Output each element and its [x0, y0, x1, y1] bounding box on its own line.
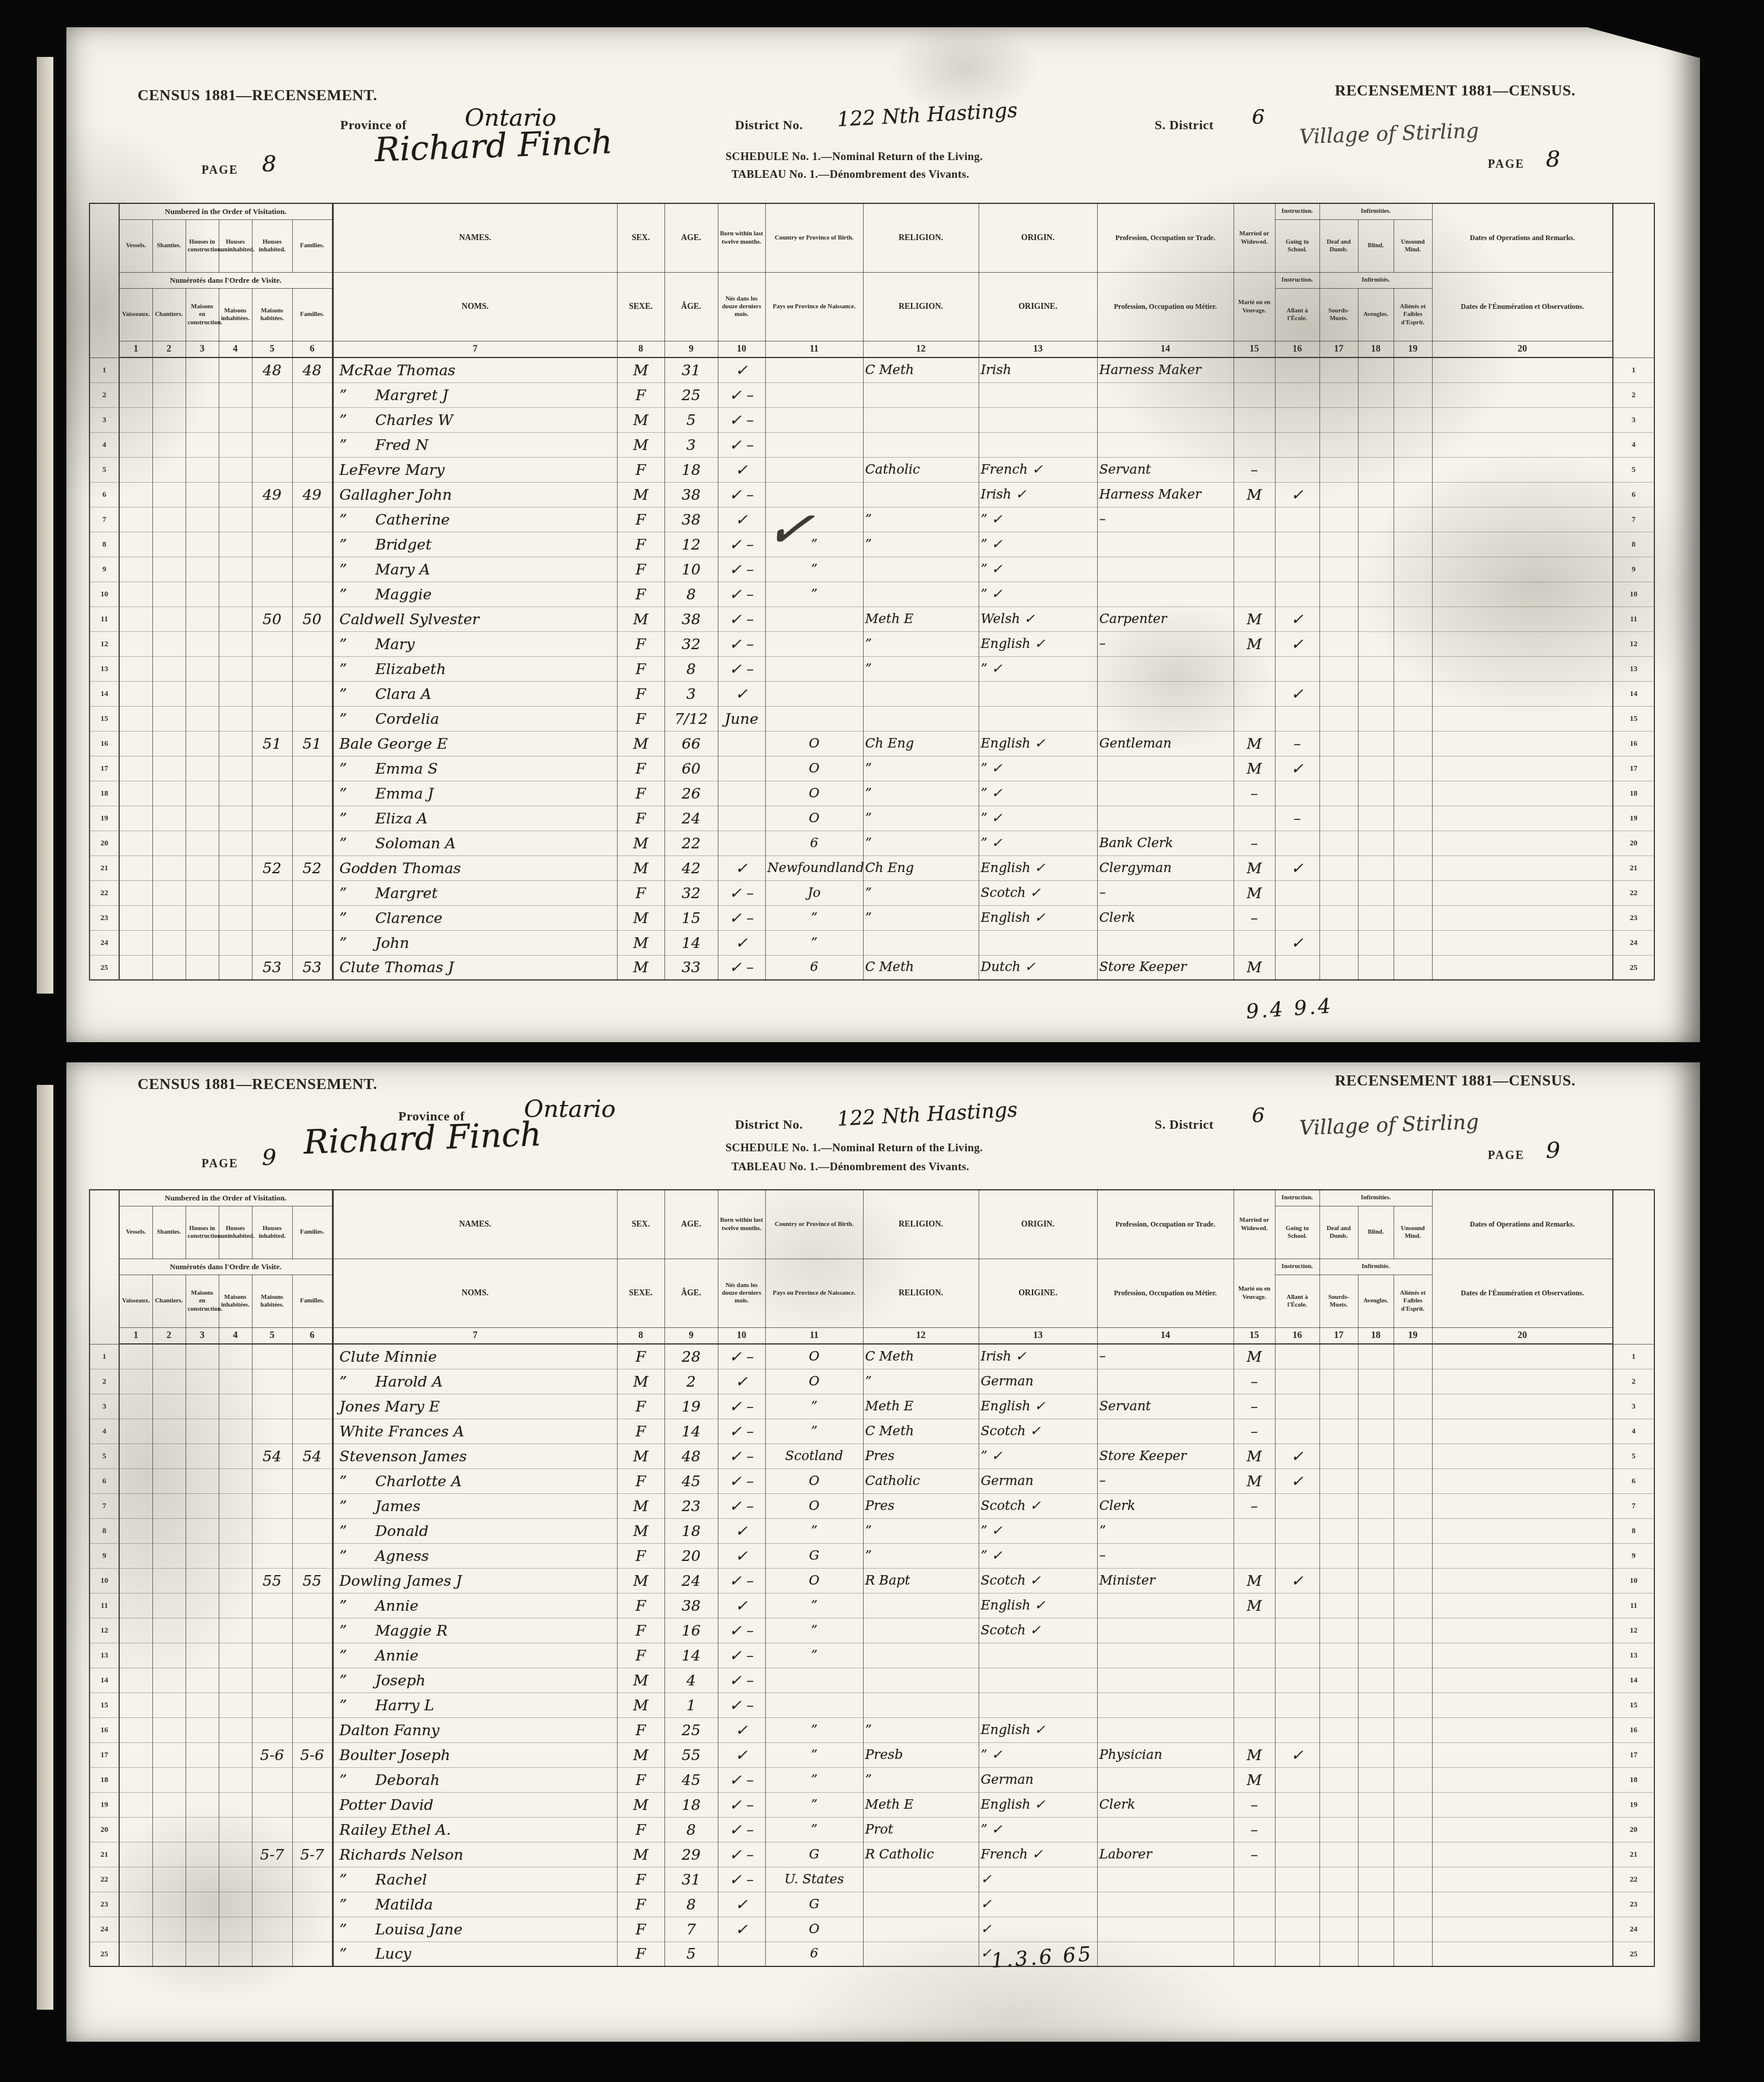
cell-construction — [186, 1344, 219, 1369]
cell-married: – — [1233, 781, 1275, 806]
cell-school: ✓ — [1275, 855, 1319, 880]
cell-remarks — [1432, 1817, 1613, 1842]
row-number-right: 15 — [1613, 706, 1654, 731]
row-number-left: 19 — [90, 806, 119, 831]
cell-vessels — [119, 582, 152, 606]
cell-family-number — [292, 1942, 333, 1966]
cell-unsound — [1394, 1593, 1432, 1618]
cell-married — [1233, 681, 1275, 706]
cell-school — [1275, 1419, 1319, 1444]
cell-house-number: 5-7 — [252, 1842, 292, 1867]
cell-vessels — [119, 1444, 152, 1468]
cell-deaf — [1319, 1543, 1358, 1568]
cell-country: ” — [765, 1817, 863, 1842]
cell-blind — [1358, 1917, 1394, 1942]
cell-school: – — [1275, 806, 1319, 831]
cell-religion: C Meth — [863, 357, 979, 382]
cell-shanties — [152, 532, 186, 557]
schedule-line-en: SCHEDULE No. 1.—Nominal Return of the Li… — [726, 151, 983, 164]
cell-construction — [186, 1767, 219, 1792]
row-number-left: 19 — [90, 1792, 119, 1817]
cell-house-number: 50 — [252, 606, 292, 631]
cell-construction — [186, 831, 219, 855]
cell-deaf — [1319, 582, 1358, 606]
cell-house-number — [252, 706, 292, 731]
cell-born12 — [718, 781, 765, 806]
cell-vessels — [119, 756, 152, 781]
cell-name: Bale George E — [333, 731, 617, 756]
cell-school — [1275, 1593, 1319, 1618]
cell-country: O — [765, 806, 863, 831]
cell-born12: ✓ – — [718, 1668, 765, 1693]
col-profession-fr: Profession, Occupation ou Métier. — [1097, 273, 1233, 341]
cell-construction — [186, 656, 219, 681]
cell-married: – — [1233, 831, 1275, 855]
row-number-right: 11 — [1613, 606, 1654, 631]
cell-school — [1275, 407, 1319, 432]
col-blind-fr: Aveugles. — [1358, 289, 1394, 341]
cell-school — [1275, 905, 1319, 930]
page-label-right: PAGE — [1488, 1149, 1525, 1163]
cell-house-number — [252, 1344, 292, 1369]
cell-born12: ✓ – — [718, 1568, 765, 1593]
cell-religion: Prot — [863, 1817, 979, 1842]
cell-deaf — [1319, 407, 1358, 432]
cell-name: ” Elizabeth — [333, 656, 617, 681]
cell-vessels — [119, 656, 152, 681]
cell-age: 18 — [664, 457, 718, 482]
cell-religion: R Bapt — [863, 1568, 979, 1593]
cell-religion: Catholic — [863, 457, 979, 482]
cell-unsound — [1394, 1344, 1432, 1369]
cell-deaf — [1319, 756, 1358, 781]
cell-sex: M — [617, 905, 664, 930]
cell-name: ” Deborah — [333, 1767, 617, 1792]
cell-deaf — [1319, 706, 1358, 731]
cell-family-number — [292, 532, 333, 557]
row-number-left: 7 — [90, 507, 119, 532]
cell-married: – — [1233, 1842, 1275, 1867]
cell-shanties — [152, 955, 186, 980]
cell-occupation: Harness Maker — [1097, 482, 1233, 507]
cell-origin: German — [979, 1468, 1097, 1493]
cell-sex: F — [617, 582, 664, 606]
cell-remarks — [1432, 781, 1613, 806]
cell-born12: ✓ — [718, 681, 765, 706]
cell-school — [1275, 1518, 1319, 1543]
cell-deaf — [1319, 681, 1358, 706]
cell-remarks — [1432, 557, 1613, 582]
cell-remarks — [1432, 1568, 1613, 1593]
cell-vessels — [119, 1468, 152, 1493]
cell-deaf — [1319, 631, 1358, 656]
cell-religion: ” — [863, 1767, 979, 1792]
row-number-right: 1 — [1613, 357, 1654, 382]
cell-school — [1275, 1493, 1319, 1518]
cell-age: 18 — [664, 1518, 718, 1543]
cell-construction — [186, 357, 219, 382]
cell-sex: M — [617, 1842, 664, 1867]
cell-country: Jo — [765, 880, 863, 905]
cell-origin: English ✓ — [979, 731, 1097, 756]
row-number-right: 6 — [1613, 482, 1654, 507]
cell-name: ” Catherine — [333, 507, 617, 532]
cell-remarks — [1432, 1693, 1613, 1717]
cell-deaf — [1319, 656, 1358, 681]
cell-shanties — [152, 1942, 186, 1966]
row-number-left: 24 — [90, 1917, 119, 1942]
cell-sex: F — [617, 806, 664, 831]
cell-occupation — [1097, 1668, 1233, 1693]
cell-name: ” Fred N — [333, 432, 617, 457]
cell-uninhabited — [219, 582, 252, 606]
cell-age: 14 — [664, 930, 718, 955]
cell-age: 7 — [664, 1917, 718, 1942]
cell-sex: M — [617, 955, 664, 980]
cell-blind — [1358, 606, 1394, 631]
cell-age: 16 — [664, 1618, 718, 1643]
cell-remarks — [1432, 1394, 1613, 1419]
cell-uninhabited — [219, 407, 252, 432]
cell-occupation — [1097, 1942, 1233, 1966]
row-number-left: 5 — [90, 457, 119, 482]
cell-construction — [186, 806, 219, 831]
cell-religion: ” — [863, 1369, 979, 1394]
cell-house-number — [252, 1643, 292, 1668]
census-record-row: 8 ” Donald M 18 ✓ ” ” ” ✓ ” — [90, 1518, 1654, 1543]
cell-uninhabited — [219, 432, 252, 457]
cell-name: Jones Mary E — [333, 1394, 617, 1419]
cell-unsound — [1394, 407, 1432, 432]
cell-remarks — [1432, 1942, 1613, 1966]
cell-vessels — [119, 855, 152, 880]
cell-born12: ✓ — [718, 1742, 765, 1767]
cell-construction — [186, 855, 219, 880]
cell-occupation: Clergyman — [1097, 855, 1233, 880]
cell-deaf — [1319, 1767, 1358, 1792]
cell-unsound — [1394, 806, 1432, 831]
cell-age: 38 — [664, 482, 718, 507]
cell-occupation: Clerk — [1097, 1493, 1233, 1518]
cell-unsound — [1394, 831, 1432, 855]
cell-construction — [186, 1444, 219, 1468]
col-religion-en: RELIGION. — [863, 1190, 979, 1259]
cell-house-number — [252, 631, 292, 656]
cell-family-number — [292, 631, 333, 656]
cell-unsound — [1394, 955, 1432, 980]
census-record-row: 11 ” Annie F 38 ✓ ” English ✓ M — [90, 1593, 1654, 1618]
row-number-right: 11 — [1613, 1593, 1654, 1618]
cell-shanties — [152, 1767, 186, 1792]
row-number-right: 16 — [1613, 1717, 1654, 1742]
col-families-en: Families. — [292, 1206, 333, 1259]
cell-born12: ✓ – — [718, 582, 765, 606]
cell-age: 55 — [664, 1742, 718, 1767]
cell-married: M — [1233, 1742, 1275, 1767]
cell-origin: ” ✓ — [979, 1444, 1097, 1468]
col-inhabited-en: Houses inhabited. — [252, 220, 292, 273]
cell-age: 32 — [664, 880, 718, 905]
cell-occupation — [1097, 806, 1233, 831]
cell-remarks — [1432, 930, 1613, 955]
cell-country: G — [765, 1543, 863, 1568]
cell-occupation — [1097, 681, 1233, 706]
cell-vessels — [119, 1543, 152, 1568]
cell-school — [1275, 1643, 1319, 1668]
cell-shanties — [152, 905, 186, 930]
cell-unsound — [1394, 756, 1432, 781]
cell-sex: F — [617, 880, 664, 905]
instruction-group-fr: Instruction. — [1275, 1259, 1319, 1275]
row-number-left: 2 — [90, 382, 119, 407]
cell-occupation: – — [1097, 880, 1233, 905]
cell-uninhabited — [219, 557, 252, 582]
cell-religion: ” — [863, 880, 979, 905]
cell-house-number — [252, 806, 292, 831]
cell-name: ” Charlotte A — [333, 1468, 617, 1493]
cell-born12: ✓ — [718, 1369, 765, 1394]
cell-occupation — [1097, 1643, 1233, 1668]
cell-deaf — [1319, 1917, 1358, 1942]
cell-country: G — [765, 1892, 863, 1917]
cell-construction — [186, 781, 219, 806]
cell-sex: F — [617, 507, 664, 532]
col-deaf-en: Deaf and Dumb. — [1319, 1206, 1358, 1259]
cell-deaf — [1319, 1842, 1358, 1867]
cell-shanties — [152, 482, 186, 507]
cell-uninhabited — [219, 905, 252, 930]
cell-age: 38 — [664, 1593, 718, 1618]
row-number-header — [90, 203, 119, 357]
census-record-row: 3 Jones Mary E F 19 ✓ – ” Meth E English… — [90, 1394, 1654, 1419]
census-record-row: 17 5-6 5-6 Boulter Joseph M 55 ✓ ” Presb… — [90, 1742, 1654, 1767]
cell-shanties — [152, 1369, 186, 1394]
cell-religion: Meth E — [863, 1394, 979, 1419]
cell-blind — [1358, 1942, 1394, 1966]
row-number-left: 25 — [90, 955, 119, 980]
cell-remarks — [1432, 382, 1613, 407]
cell-origin: Scotch ✓ — [979, 1419, 1097, 1444]
cell-uninhabited — [219, 880, 252, 905]
cell-school — [1275, 781, 1319, 806]
cell-born12: ✓ – — [718, 482, 765, 507]
cell-uninhabited — [219, 1867, 252, 1892]
cell-remarks — [1432, 1892, 1613, 1917]
cell-sex: F — [617, 656, 664, 681]
enumerator-signature: Richard Finch — [303, 1115, 542, 1162]
row-number-left: 12 — [90, 1618, 119, 1643]
census-rows: 1 Clute Minnie F 28 ✓ – O C Meth Irish ✓… — [90, 1344, 1654, 1966]
cell-sex: F — [617, 1942, 664, 1966]
census-record-row: 4 White Frances A F 14 ✓ – ” C Meth Scot… — [90, 1419, 1654, 1444]
cell-born12: ✓ – — [718, 1493, 765, 1518]
cell-married — [1233, 1917, 1275, 1942]
cell-school — [1275, 1369, 1319, 1394]
cell-school — [1275, 955, 1319, 980]
cell-origin — [979, 1668, 1097, 1693]
cell-religion: C Meth — [863, 1344, 979, 1369]
cell-deaf — [1319, 1892, 1358, 1917]
cell-deaf — [1319, 1792, 1358, 1817]
cell-shanties — [152, 1817, 186, 1842]
cell-family-number — [292, 432, 333, 457]
cell-sex: F — [617, 1767, 664, 1792]
schedule-line-fr: TABLEAU No. 1.—Dénombrement des Vivants. — [731, 168, 969, 181]
cell-shanties — [152, 1593, 186, 1618]
cell-family-number — [292, 1493, 333, 1518]
cell-family-number — [292, 1344, 333, 1369]
col-unsound-fr: Aliénés et Faibles d'Esprit. — [1394, 289, 1432, 341]
cell-blind — [1358, 806, 1394, 831]
cell-country: ” — [765, 905, 863, 930]
row-number-left: 13 — [90, 1643, 119, 1668]
cell-shanties — [152, 706, 186, 731]
cell-married — [1233, 1518, 1275, 1543]
cell-origin — [979, 930, 1097, 955]
cell-school — [1275, 1344, 1319, 1369]
cell-uninhabited — [219, 1568, 252, 1593]
cell-uninhabited — [219, 382, 252, 407]
col-dates-fr: Dates de l'Énumération et Observations. — [1432, 1259, 1613, 1328]
cell-uninhabited — [219, 1643, 252, 1668]
cell-origin: ” ✓ — [979, 507, 1097, 532]
cell-shanties — [152, 1717, 186, 1742]
cell-school: ✓ — [1275, 930, 1319, 955]
cell-construction — [186, 1917, 219, 1942]
census-title-right: RECENSEMENT 1881—CENSUS. — [1335, 82, 1576, 100]
cell-country — [765, 681, 863, 706]
col-country-fr: Pays ou Province de Naissance. — [765, 1259, 863, 1328]
cell-origin: English ✓ — [979, 905, 1097, 930]
cell-age: 8 — [664, 1892, 718, 1917]
cell-shanties — [152, 806, 186, 831]
cell-shanties — [152, 1344, 186, 1369]
cell-married — [1233, 507, 1275, 532]
cell-deaf — [1319, 1419, 1358, 1444]
cell-uninhabited — [219, 1394, 252, 1419]
row-number-header — [90, 1190, 119, 1344]
cell-house-number — [252, 1693, 292, 1717]
cell-family-number: 49 — [292, 482, 333, 507]
cell-blind — [1358, 1742, 1394, 1767]
cell-shanties — [152, 681, 186, 706]
census-record-row: 2 ” Margret J F 25 ✓ – — [90, 382, 1654, 407]
cell-name: ” Mary A — [333, 557, 617, 582]
cell-shanties — [152, 1792, 186, 1817]
row-number-left: 5 — [90, 1444, 119, 1468]
cell-school — [1275, 831, 1319, 855]
cell-origin: ” ✓ — [979, 756, 1097, 781]
row-number-right: 8 — [1613, 1518, 1654, 1543]
cell-age: 38 — [664, 507, 718, 532]
cell-country: O — [765, 756, 863, 781]
row-number-left: 20 — [90, 831, 119, 855]
cell-born12: ✓ – — [718, 1792, 765, 1817]
census-record-row: 25 53 53 Clute Thomas J M 33 ✓ – 6 C Met… — [90, 955, 1654, 980]
cell-blind — [1358, 1643, 1394, 1668]
cell-vessels — [119, 1643, 152, 1668]
cell-unsound — [1394, 507, 1432, 532]
col-married-fr: Marié ou en Veuvage. — [1233, 1259, 1275, 1328]
cell-country: ” — [765, 1394, 863, 1419]
cell-vessels — [119, 606, 152, 631]
cell-remarks — [1432, 1867, 1613, 1892]
cell-origin: ” ✓ — [979, 781, 1097, 806]
census-record-row: 24 ” John M 14 ✓ ” ✓ — [90, 930, 1654, 955]
col-uninhabited-fr: Maisons inhabitées. — [219, 1275, 252, 1328]
cell-remarks — [1432, 1717, 1613, 1742]
cell-shanties — [152, 930, 186, 955]
cell-vessels — [119, 557, 152, 582]
cell-remarks — [1432, 432, 1613, 457]
col-dates-fr: Dates de l'Énumération et Observations. — [1432, 273, 1613, 341]
cell-deaf — [1319, 781, 1358, 806]
cell-construction — [186, 731, 219, 756]
cell-occupation — [1097, 1369, 1233, 1394]
col-origin-fr: ORIGINE. — [979, 1259, 1097, 1328]
cell-uninhabited — [219, 831, 252, 855]
cell-deaf — [1319, 1444, 1358, 1468]
cell-unsound — [1394, 1767, 1432, 1792]
row-number-left: 14 — [90, 1668, 119, 1693]
cell-married — [1233, 407, 1275, 432]
cell-shanties — [152, 1468, 186, 1493]
cell-uninhabited — [219, 482, 252, 507]
cell-origin: English ✓ — [979, 631, 1097, 656]
cell-name: Boulter Joseph — [333, 1742, 617, 1767]
row-number-left: 11 — [90, 606, 119, 631]
cell-uninhabited — [219, 507, 252, 532]
cell-family-number — [292, 831, 333, 855]
cell-occupation: Bank Clerk — [1097, 831, 1233, 855]
cell-name: ” Louisa Jane — [333, 1917, 617, 1942]
cell-school — [1275, 1942, 1319, 1966]
cell-construction — [186, 1842, 219, 1867]
page-label-left: PAGE — [202, 1157, 238, 1171]
cell-construction — [186, 1717, 219, 1742]
row-number-right: 1 — [1613, 1344, 1654, 1369]
row-number-left: 24 — [90, 930, 119, 955]
cell-shanties — [152, 1742, 186, 1767]
cell-unsound — [1394, 482, 1432, 507]
col-families-fr: Familles. — [292, 289, 333, 341]
cell-uninhabited — [219, 631, 252, 656]
cell-deaf — [1319, 1593, 1358, 1618]
cell-family-number — [292, 781, 333, 806]
cell-house-number — [252, 557, 292, 582]
cell-occupation — [1097, 930, 1233, 955]
cell-occupation: Store Keeper — [1097, 955, 1233, 980]
cell-origin: ” ✓ — [979, 532, 1097, 557]
cell-shanties — [152, 731, 186, 756]
cell-religion: ” — [863, 831, 979, 855]
cell-school — [1275, 1618, 1319, 1643]
cell-born12: ✓ — [718, 1518, 765, 1543]
cell-house-number: 49 — [252, 482, 292, 507]
census-title-right: RECENSEMENT 1881—CENSUS. — [1335, 1072, 1576, 1090]
cell-religion: Meth E — [863, 1792, 979, 1817]
cell-family-number — [292, 1693, 333, 1717]
cell-deaf — [1319, 1942, 1358, 1966]
cell-uninhabited — [219, 1543, 252, 1568]
cell-married — [1233, 1867, 1275, 1892]
scan-edge-sliver — [37, 57, 53, 994]
cell-born12: ✓ — [718, 1917, 765, 1942]
census-record-row: 16 51 51 Bale George E M 66 O Ch Eng Eng… — [90, 731, 1654, 756]
cell-sex: F — [617, 1344, 664, 1369]
row-number-right: 7 — [1613, 507, 1654, 532]
cell-school: – — [1275, 731, 1319, 756]
